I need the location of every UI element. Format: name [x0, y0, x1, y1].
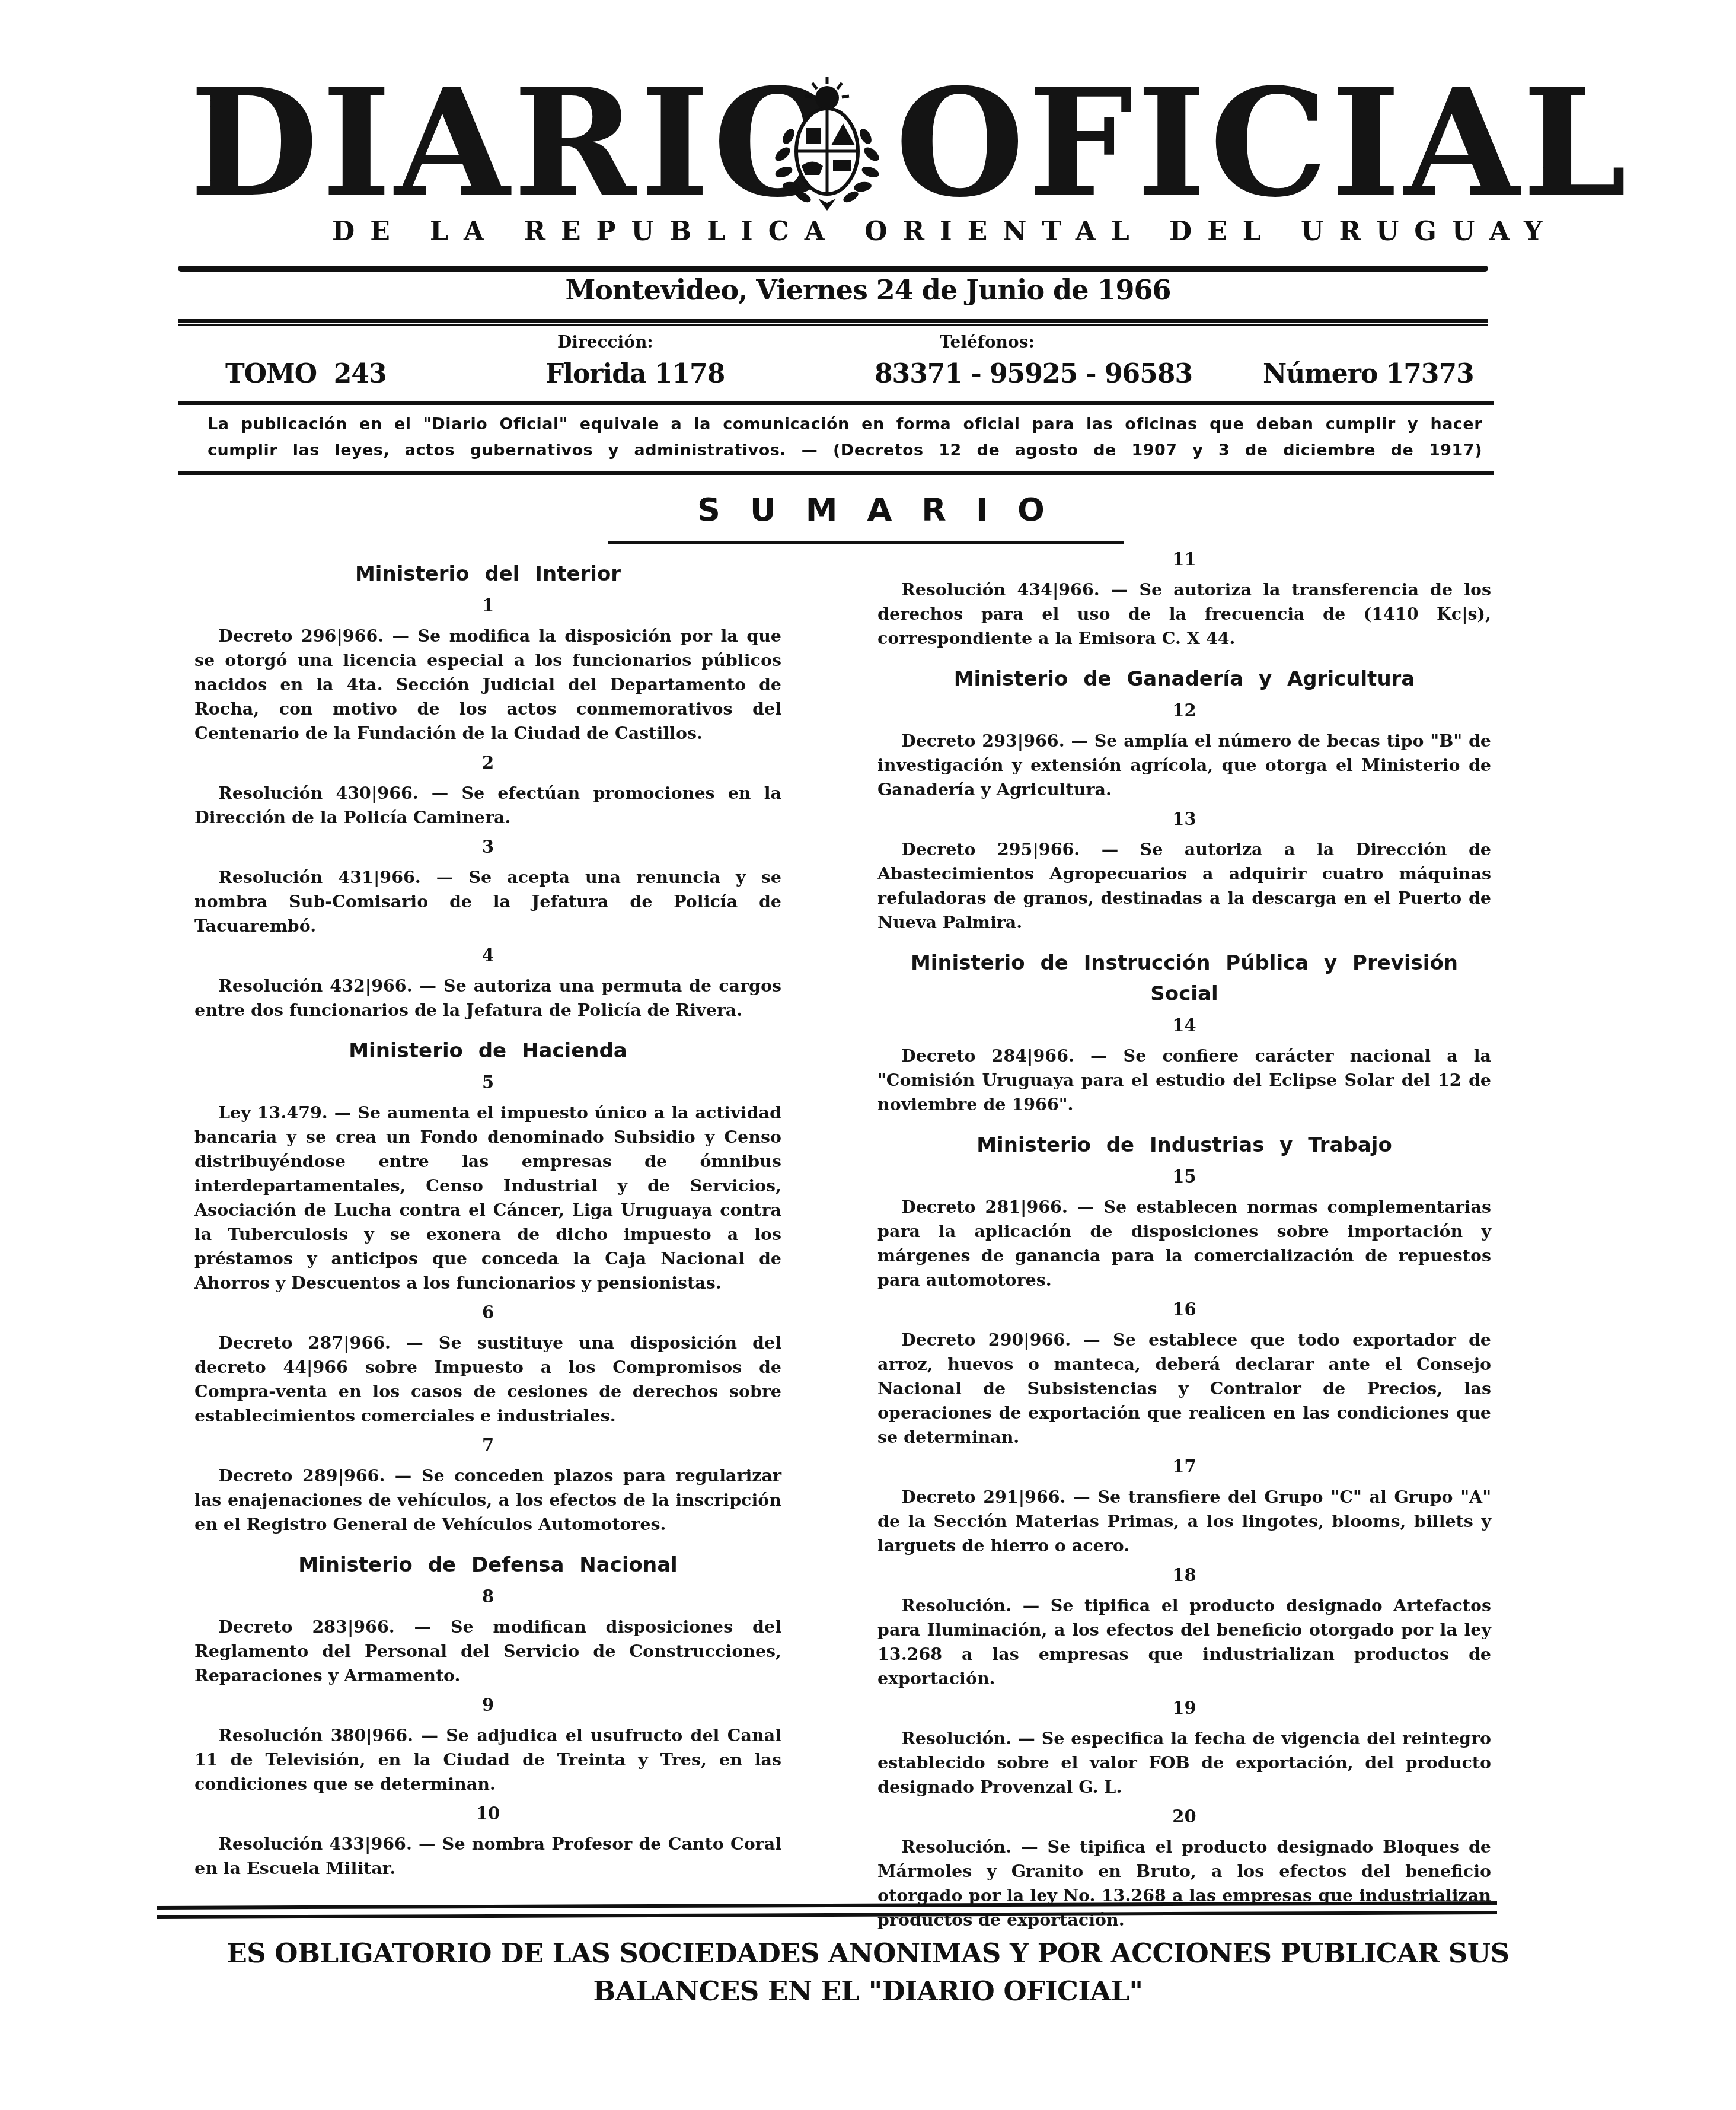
sumario-entry: Decreto 281|966. — Se establecen normas …: [877, 1195, 1491, 1292]
sumario-entry: Resolución 434|966. — Se autoriza la tra…: [877, 578, 1491, 651]
item-number: 7: [194, 1434, 781, 1456]
ministry-heading: Ministerio de Instrucción Pública y Prev…: [877, 948, 1491, 1009]
item-number: 6: [194, 1301, 781, 1324]
item-number: 18: [877, 1564, 1491, 1586]
footer-notice-line: ES OBLIGATORIO DE LAS SOCIEDADES ANONIMA…: [0, 1934, 1736, 1972]
sumario-entry: Resolución 380|966. — Se adjudica el usu…: [194, 1723, 781, 1796]
item-number: 10: [194, 1802, 781, 1825]
masthead: DIARIO: [178, 71, 1506, 213]
ministry-heading: Ministerio de Hacienda: [194, 1035, 781, 1066]
legal-notice-line: cumplir las leyes, actos gubernativos y …: [208, 438, 1482, 464]
item-number: 8: [194, 1585, 781, 1608]
sumario-entry: Resolución. — Se especifica la fecha de …: [877, 1726, 1491, 1799]
divider: [178, 319, 1488, 323]
divider-thick: [178, 266, 1488, 272]
ministry-heading: Ministerio del Interior: [194, 559, 781, 589]
item-number: 5: [194, 1071, 781, 1094]
item-number: 1: [194, 594, 781, 617]
ministry-heading: Ministerio de Ganadería y Agricultura: [877, 664, 1491, 694]
item-number: 14: [877, 1014, 1491, 1037]
issue-date: Montevideo, Viernes 24 de Junio de 1966: [0, 274, 1736, 306]
item-number: 19: [877, 1697, 1491, 1719]
sumario-entry: Decreto 295|966. — Se autoriza a la Dire…: [877, 837, 1491, 935]
item-number: 20: [877, 1805, 1491, 1828]
item-number: 4: [194, 944, 781, 967]
sumario-column-left: Ministerio del Interior1Decreto 296|966.…: [194, 546, 781, 1886]
sumario-entry: Decreto 293|966. — Se amplía el número d…: [877, 729, 1491, 802]
item-number: 12: [877, 699, 1491, 722]
sumario-entry: Resolución 433|966. — Se nombra Profesor…: [194, 1832, 781, 1880]
sumario-underline: [608, 541, 1124, 544]
telefonos-label: Teléfonos:: [940, 332, 1035, 352]
sumario-entry: Decreto 283|966. — Se modifican disposic…: [194, 1615, 781, 1688]
sumario-entry: Decreto 284|966. — Se confiere carácter …: [877, 1044, 1491, 1117]
footer-notice: ES OBLIGATORIO DE LAS SOCIEDADES ANONIMA…: [0, 1934, 1736, 2010]
direccion: Florida 1178: [545, 359, 725, 389]
sumario-entry: Decreto 291|966. — Se transfiere del Gru…: [877, 1485, 1491, 1558]
sumario-column-right: 11Resolución 434|966. — Se autoriza la t…: [877, 546, 1491, 1938]
sumario-entry: Decreto 290|966. — Se establece que todo…: [877, 1328, 1491, 1449]
legal-notice-line: La publicación en el "Diario Oficial" eq…: [208, 412, 1482, 438]
sumario-entry: Resolución 431|966. — Se acepta una renu…: [194, 865, 781, 938]
item-number: 13: [877, 808, 1491, 830]
masthead-subtitle: DE LA REPUBLICA ORIENTAL DEL URUGUAY: [332, 216, 1459, 247]
item-number: 9: [194, 1694, 781, 1716]
coat-of-arms-icon: [765, 71, 889, 213]
item-number: 15: [877, 1165, 1491, 1188]
direccion-label: Dirección:: [557, 332, 653, 352]
sumario-heading: SUMARIO: [0, 491, 1736, 528]
item-number: 11: [877, 548, 1491, 570]
legal-notice: La publicación en el "Diario Oficial" eq…: [208, 412, 1482, 464]
masthead-title-oficial: OFICIAL: [895, 71, 1630, 213]
ministry-heading: Ministerio de Industrias y Trabajo: [877, 1130, 1491, 1161]
item-number: 17: [877, 1455, 1491, 1478]
issue-number: Número 17373: [1263, 359, 1474, 389]
sumario-entry: Decreto 289|966. — Se conceden plazos pa…: [194, 1464, 781, 1537]
divider: [178, 471, 1494, 475]
item-number: 3: [194, 836, 781, 858]
item-number: 2: [194, 751, 781, 774]
sumario-entry: Resolución 430|966. — Se efectúan promoc…: [194, 781, 781, 830]
masthead-title-diario: DIARIO: [190, 71, 845, 213]
sumario-entry: Decreto 287|966. — Se sustituye una disp…: [194, 1331, 781, 1428]
sumario-entry: Resolución 432|966. — Se autoriza una pe…: [194, 974, 781, 1022]
footer-notice-line: BALANCES EN EL "DIARIO OFICIAL": [0, 1972, 1736, 2010]
divider: [178, 401, 1494, 405]
sumario-entry: Decreto 296|966. — Se modifica la dispos…: [194, 624, 781, 745]
telefonos: 83371 - 95925 - 96583: [875, 359, 1192, 389]
sumario-entry: Resolución. — Se tipifica el producto de…: [877, 1835, 1491, 1932]
tomo: TOMO 243: [225, 359, 387, 389]
sumario-entry: Resolución. — Se tipifica el producto de…: [877, 1593, 1491, 1691]
sumario-entry: Ley 13.479. — Se aumenta el impuesto úni…: [194, 1101, 781, 1295]
divider-thin: [178, 324, 1488, 326]
ministry-heading: Ministerio de Defensa Nacional: [194, 1550, 781, 1580]
item-number: 16: [877, 1298, 1491, 1321]
